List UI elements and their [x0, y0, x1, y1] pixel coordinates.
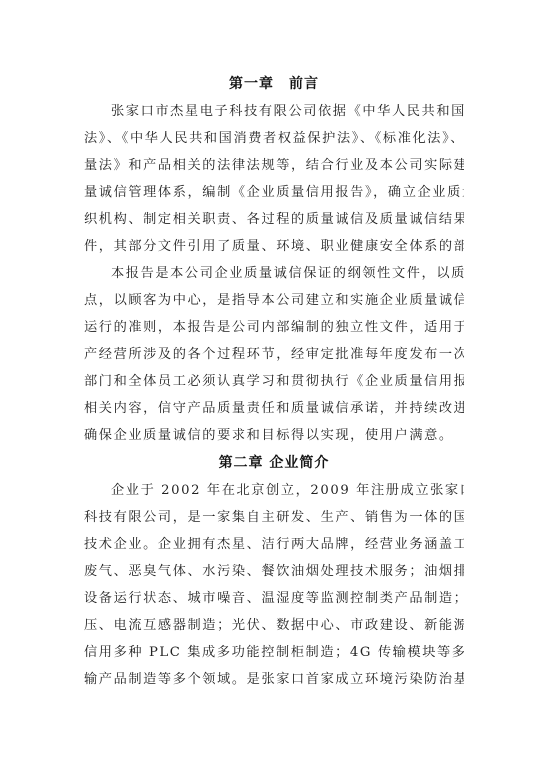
text-line: 量法》和产品相关的法律法规等，结合行业及本公司实际建立企业质 [84, 152, 464, 179]
text-line: 产经营所涉及的各个过程环节，经审定批准每年度发布一次，要求各 [84, 341, 464, 368]
chapter-2-paragraph-1: 企业于 2002 年在北京创立，2009 年注册成立张家口市杰星电子 科技有限公… [84, 477, 464, 693]
text-line: 技术企业。企业拥有杰星、洁行两大品牌，经营业务涵盖工业 VOCs [84, 531, 464, 558]
document-content: 第一章 前言 张家口市杰星电子科技有限公司依据《中华人民共和国产品质量 法》、《… [84, 70, 464, 693]
text-line: 企业于 2002 年在北京创立，2009 年注册成立张家口市杰星电子 [84, 477, 464, 504]
chapter-1-paragraph-1: 张家口市杰星电子科技有限公司依据《中华人民共和国产品质量 法》、《中华人民共和国… [84, 98, 464, 260]
text-line: 点，以顾客为中心，是指导本公司建立和实施企业质量诚信管理体系 [84, 287, 464, 314]
text-line: 相关内容，信守产品质量责任和质量诚信承诺，并持续改进和提高， [84, 395, 464, 422]
text-line: 本报告是本公司企业质量诚信保证的纲领性文件，以质量为重 [84, 260, 464, 287]
text-line: 设备运行状态、城市噪音、温湿度等监测控制类产品制造；多型号电 [84, 585, 464, 612]
text-line: 件，其部分文件引用了质量、环境、职业健康安全体系的部分内容。 [84, 233, 464, 260]
text-line: 确保企业质量诚信的要求和目标得以实现，使用户满意。 [84, 422, 464, 449]
text-line: 压、电流互感器制造；光伏、数据中心、市政建设、新能源、移动电 [84, 612, 464, 639]
text-line: 输产品制造等多个领域。是张家口首家成立环境污染防治基地的企 [84, 666, 464, 693]
text-line: 量诚信管理体系，编制《企业质量信用报告》，确立企业质量诚信组 [84, 179, 464, 206]
text-line: 张家口市杰星电子科技有限公司依据《中华人民共和国产品质量 [84, 98, 464, 125]
document-page: 第一章 前言 张家口市杰星电子科技有限公司依据《中华人民共和国产品质量 法》、《… [0, 0, 546, 757]
text-line: 法》、《中华人民共和国消费者权益保护法》、《标准化法》、《计 [84, 125, 464, 152]
text-line: 部门和全体员工必须认真学习和贯彻执行《企业质量信用报告》中的 [84, 368, 464, 395]
text-line: 织机构、制定相关职责、各过程的质量诚信及质量诚信结果验证等文 [84, 206, 464, 233]
text-line: 科技有限公司，是一家集自主研发、生产、销售为一体的国家级高新 [84, 504, 464, 531]
text-line: 运行的准则，本报告是公司内部编制的独立性文件，适用于本公司生 [84, 314, 464, 341]
chapter-1-heading: 第一章 前言 [84, 70, 464, 98]
text-line: 信用多种 PLC 集成多功能控制柜制造；4G 传输模块等多种物联网传 [84, 639, 464, 666]
chapter-2-heading: 第二章 企业简介 [84, 449, 464, 477]
chapter-1-paragraph-2: 本报告是本公司企业质量诚信保证的纲领性文件，以质量为重 点，以顾客为中心，是指导… [84, 260, 464, 449]
text-line: 废气、恶臭气体、水污染、餐饮油烟处理技术服务；油烟排放浓度、 [84, 558, 464, 585]
